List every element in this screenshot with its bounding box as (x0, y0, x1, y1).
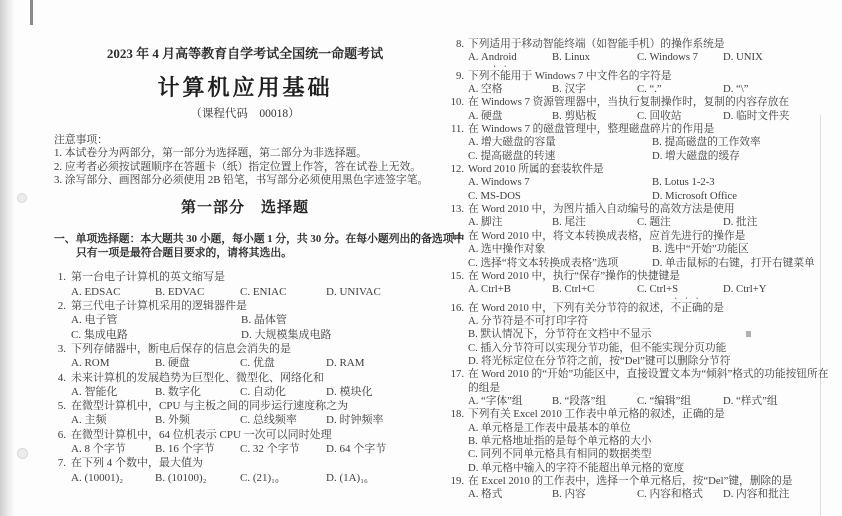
scan-edge-left (0, 0, 15, 516)
question-item: 6.在微型计算机中，64 位机表示 CPU 一次可以同时处理A. 8 个字节B.… (54, 428, 436, 457)
option-C: C. 内容和格式 (637, 488, 723, 501)
question-text: 第三代电子计算机采用的逻辑器件是 (71, 300, 247, 312)
option-A: A. 增大磁盘的容量 (468, 136, 652, 149)
question-text: 第一台电子计算机的英文缩写是 (71, 271, 225, 283)
option-D: D. 将光标定位在分节符之前，按“Del”键可以删除分节符 (468, 355, 836, 368)
section-one-intro: 一、单项选择题：本大题共 30 小题，每小题 1 分，共 30 分。在每小题列出… (54, 232, 436, 260)
questions-left: 1.第一台电子计算机的英文缩写是A. EDSACB. EDVACC. ENIAC… (54, 270, 436, 484)
question-number: 1. (54, 270, 66, 284)
question-options: A. (10001)₂B. (10100)₂C. (21)₁₀D. (1A)₁₆ (54, 471, 436, 485)
option-D: D. 内容和批注 (723, 488, 836, 501)
question-stem: 4.未来计算机的发展趋势为巨型化、微型化、网络化和 (54, 371, 436, 385)
option-D: D. 临时文件夹 (723, 110, 836, 123)
option-B: B. 选中“开始”功能区 (652, 243, 836, 256)
option-C: C. 选择“将文本转换成表格”选项 (468, 257, 652, 270)
option-B: B. Linux (552, 51, 637, 64)
option-D: D. 时钟频率 (326, 413, 436, 427)
question-stem: 9.下列不能用于 Windows 7 中文件名的字符是 (450, 65, 836, 83)
question-options: A. “字体”组B. “段落”组C. “编辑”组D. “样式”组 (450, 395, 836, 408)
question-options: A. 8 个字节B. 16 个字节C. 32 个字节D. 64 个字节 (54, 442, 436, 456)
question-options: A. 主频B. 外频C. 总线频率D. 时钟频率 (54, 413, 436, 427)
notice-list: 1. 本试卷分为两部分，第一部分为选择题，第二部分为非选择题。2. 应考者必须按… (54, 147, 436, 187)
question-number: 19. (450, 475, 464, 488)
option-C: C. 同列不同单元格具有相同的数据类型 (468, 448, 836, 461)
option-C: C. “.” (637, 83, 723, 96)
question-item: 17.在 Word 2010 的“开始”功能区中，直接设置文本为“倾斜”格式的功… (450, 368, 836, 408)
option-A: A. 8 个字节 (71, 442, 155, 456)
option-A: A. 智能化 (71, 385, 155, 399)
option-A: A. EDSAC (71, 285, 155, 299)
question-text: 在 Word 2010 中，下列有关分节符的叙述，不正确的是 (468, 302, 724, 314)
option-B: B. 汉字 (552, 83, 637, 96)
option-D: D. 模块化 (326, 385, 436, 399)
question-text: 在 Excel 2010 的工作表中，选择一个单元格后，按“Del”键，删除的是 (468, 475, 792, 487)
question-number: 15. (450, 270, 464, 283)
question-number: 4. (54, 371, 66, 385)
question-options: A. 增大磁盘的容量B. 提高磁盘的工作效率C. 提高磁盘的转速D. 增大磁盘的… (450, 136, 836, 163)
option-B: B. EDVAC (155, 285, 240, 299)
question-stem: 1.第一台电子计算机的英文缩写是 (54, 270, 436, 284)
question-options: A. 格式B. 内容C. 内容和格式D. 内容和批注 (450, 488, 836, 501)
emphasized-text: 不正确 (671, 302, 703, 314)
question-stem: 5.在微型计算机中，CPU 与主板之间的同步运行速度称之为 (54, 399, 436, 413)
question-text: 下列适用于移动智能终端（如智能手机）的操作系统是 (468, 38, 725, 50)
question-item: 4.未来计算机的发展趋势为巨型化、微型化、网络化和A. 智能化B. 数字化C. … (54, 371, 436, 400)
question-item: 2.第三代电子计算机采用的逻辑器件是A. 电子管B. 晶体管C. 集成电路D. … (54, 299, 436, 342)
question-text: 在 Word 2010 的“开始”功能区中，直接设置文本为“倾斜”格式的功能按钮… (468, 368, 828, 393)
option-C: C. ENIAC (240, 285, 326, 299)
question-options: A. EDSACB. EDVACC. ENIACD. UNIVAC (54, 285, 436, 299)
question-item: 3.下列存储器中，断电后保存的信息会消失的是A. ROMB. 硬盘C. 优盘D.… (54, 342, 436, 371)
question-options: A. ROMB. 硬盘C. 优盘D. RAM (54, 356, 436, 370)
question-stem: 7.在下列 4 个数中，最大值为 (54, 456, 436, 470)
question-item: 11.在 Windows 7 的磁盘管理中，整理磁盘碎片的作用是A. 增大磁盘的… (450, 123, 836, 163)
option-D: D. Microsoft Office (652, 190, 836, 203)
scan-smudge (17, 193, 27, 203)
question-number: 8. (450, 38, 464, 51)
question-options: A. 分节符是不可打印字符B. 默认情况下，分节符在文档中不显示C. 插入分节符… (450, 315, 836, 368)
question-options: A. 单元格是工作表中最基本的单位B. 单元格地址指的是每个单元格的大小C. 同… (450, 422, 836, 475)
option-C: C. “编辑”组 (637, 395, 723, 408)
question-options: A. 选中操作对象B. 选中“开始”功能区C. 选择“将文本转换成表格”选项D.… (450, 243, 836, 270)
question-item: 13.在 Word 2010 中，为图片插入自动编号的高效方法是使用A. 脚注B… (450, 203, 836, 230)
question-stem: 10.在 Windows 7 资源管理器中，当执行复制操作时，复制的内容存放在 (450, 96, 836, 109)
option-C: C. 插入分节符可以实现分节功能，但不能实现分页功能 (468, 342, 836, 355)
option-B: B. 内容 (552, 488, 637, 501)
option-B: B. Ctrl+C (552, 283, 637, 296)
question-number: 3. (54, 342, 66, 356)
notices-block: 注意事项： 1. 本试卷分为两部分，第一部分为选择题，第二部分为非选择题。2. … (54, 134, 436, 188)
option-D: D. RAM (326, 356, 436, 370)
option-D: D. “样式”组 (723, 395, 836, 408)
question-number: 17. (450, 368, 464, 381)
option-D: D. 64 个字节 (326, 442, 436, 456)
question-item: 14.在 Word 2010 中，将文本转换成表格，应首先进行的操作是A. 选中… (450, 230, 836, 270)
option-D: D. Ctrl+Y (723, 283, 836, 296)
question-item: 9.下列不能用于 Windows 7 中文件名的字符是A. 空格B. 汉字C. … (450, 65, 836, 97)
option-A: A. 单元格是工作表中最基本的单位 (468, 422, 836, 435)
option-A: A. (10001)₂ (71, 471, 155, 485)
question-item: 5.在微型计算机中，CPU 与主板之间的同步运行速度称之为A. 主频B. 外频C… (54, 399, 436, 428)
option-C: C. Ctrl+S (637, 283, 723, 296)
question-options: A. 智能化B. 数字化C. 自动化D. 模块化 (54, 385, 436, 399)
question-number: 18. (450, 408, 464, 421)
notices-heading: 注意事项： (54, 134, 436, 147)
question-number: 13. (450, 203, 464, 216)
option-B: B. 单元格地址指的是每个单元格的大小 (468, 435, 836, 448)
option-B: B. 外频 (155, 413, 240, 427)
question-options: A. 空格B. 汉字C. “.”D. “\” (450, 83, 836, 96)
option-A: A. Android (468, 51, 552, 64)
part-one-heading: 第一部分 选择题 (54, 198, 436, 218)
option-D: D. 批注 (723, 216, 836, 229)
option-C: C. 回收站 (637, 110, 723, 123)
question-item: 7.在下列 4 个数中，最大值为A. (10001)₂B. (10100)₂C.… (54, 456, 436, 485)
option-B: B. 尾注 (552, 216, 637, 229)
option-B: B. Lotus 1-2-3 (652, 176, 836, 189)
question-stem: 19.在 Excel 2010 的工作表中，选择一个单元格后，按“Del”键，删… (450, 475, 836, 488)
question-text: 在 Word 2010 中，将文本转换成表格，应首先进行的操作是 (468, 230, 745, 242)
question-options: A. 电子管B. 晶体管C. 集成电路D. 大规模集成电路 (54, 313, 436, 342)
exam-session-line: 2023 年 4 月高等教育自学考试全国统一命题考试 (54, 46, 436, 62)
question-item: 1.第一台电子计算机的英文缩写是A. EDSACB. EDVACC. ENIAC… (54, 270, 436, 299)
notice-item: 2. 应考者必须按试题顺序在答题卡（纸）指定位置上作答，答在试卷上无效。 (54, 161, 436, 174)
question-item: 16.在 Word 2010 中，下列有关分节符的叙述，不正确的是A. 分节符是… (450, 297, 836, 369)
question-stem: 3.下列存储器中，断电后保存的信息会消失的是 (54, 342, 436, 356)
question-item: 12.Word 2010 所属的套装软件是A. Windows 7B. Lotu… (450, 163, 836, 203)
question-number: 11. (450, 123, 464, 136)
option-B: B. 数字化 (155, 385, 240, 399)
option-B: B. 默认情况下，分节符在文档中不显示 (468, 328, 836, 341)
left-column: 2023 年 4 月高等教育自学考试全国统一命题考试 计算机应用基础 （课程代码… (54, 38, 436, 485)
option-D: D. UNIVAC (326, 285, 436, 299)
option-A: A. 空格 (468, 83, 552, 96)
option-B: B. “段落”组 (552, 395, 637, 408)
option-B: B. 剪贴板 (552, 110, 637, 123)
option-A: A. “字体”组 (468, 395, 552, 408)
option-B: B. 提高磁盘的工作效率 (652, 136, 836, 149)
exam-paper-page: 2023 年 4 月高等教育自学考试全国统一命题考试 计算机应用基础 （课程代码… (0, 0, 842, 516)
option-B: B. 晶体管 (241, 313, 436, 327)
question-text: 在微型计算机中，CPU 与主板之间的同步运行速度称之为 (71, 400, 348, 412)
option-C: C. 提高磁盘的转速 (468, 150, 652, 163)
option-A: A. 电子管 (71, 313, 241, 327)
option-A: A. Windows 7 (468, 176, 652, 189)
option-A: A. 脚注 (468, 216, 552, 229)
option-D: D. 单元格中输入的字符不能超出单元格的宽度 (468, 462, 836, 475)
question-text: 未来计算机的发展趋势为巨型化、微型化、网络化和 (71, 372, 324, 384)
right-column: 8.下列适用于移动智能终端（如智能手机）的操作系统是A. AndroidB. L… (450, 36, 836, 502)
questions-right: 8.下列适用于移动智能终端（如智能手机）的操作系统是A. AndroidB. L… (450, 38, 836, 502)
option-C: C. 总线频率 (240, 413, 326, 427)
question-text: Word 2010 所属的套装软件是 (468, 163, 604, 175)
question-number: 12. (450, 163, 464, 176)
option-C: C. 集成电路 (71, 328, 241, 342)
option-D: D. “\” (723, 83, 836, 96)
question-stem: 8.下列适用于移动智能终端（如智能手机）的操作系统是 (450, 38, 836, 51)
exam-title: 计算机应用基础 (54, 74, 436, 102)
question-item: 15.在 Word 2010 中，执行“保存”操作的快捷键是A. Ctrl+BB… (450, 270, 836, 297)
question-options: A. AndroidB. LinuxC. Windows 7D. UNIX (450, 51, 836, 64)
question-text: 在 Word 2010 中，执行“保存”操作的快捷键是 (468, 270, 680, 282)
intro-line1: 单项选择题：本大题共 30 小题，每小题 1 分，共 30 分。在每小题列出的备… (76, 233, 465, 245)
question-text: 下列存储器中，断电后保存的信息会消失的是 (71, 343, 291, 355)
option-A: A. 硬盘 (468, 110, 552, 123)
question-number: 6. (54, 428, 66, 442)
option-A: A. 选中操作对象 (468, 243, 652, 256)
question-stem: 2.第三代电子计算机采用的逻辑器件是 (54, 299, 436, 313)
question-stem: 13.在 Word 2010 中，为图片插入自动编号的高效方法是使用 (450, 203, 836, 216)
question-stem: 17.在 Word 2010 的“开始”功能区中，直接设置文本为“倾斜”格式的功… (450, 368, 836, 395)
emphasized-text: 不能 (489, 70, 510, 82)
option-A: A. 分节符是不可打印字符 (468, 315, 836, 328)
question-number: 7. (54, 456, 66, 470)
option-D: D. 单击鼠标的右键，打开右键菜单 (652, 257, 836, 270)
option-A: A. ROM (71, 356, 155, 370)
question-text: 在微型计算机中，64 位机表示 CPU 一次可以同时处理 (71, 429, 332, 441)
question-options: A. Windows 7B. Lotus 1-2-3C. MS-DOSD. Mi… (450, 176, 836, 203)
scan-smudge (17, 448, 28, 459)
question-number: 2. (54, 299, 66, 313)
notice-item: 3. 涂写部分、画图部分必须使用 2B 铅笔，书写部分必须使用黑色字迹签字笔。 (54, 174, 436, 187)
question-number: 10. (450, 96, 464, 109)
question-text: 下列有关 Excel 2010 工作表中单元格的叙述，正确的是 (468, 408, 725, 420)
option-A: A. Ctrl+B (468, 283, 552, 296)
course-code: （课程代码 00018） (54, 107, 436, 122)
option-C: C. (21)₁₀ (240, 471, 326, 485)
scan-artifact (30, 0, 33, 25)
option-D: D. (1A)₁₆ (326, 471, 436, 485)
intro-line2: 只有一项是最符合题目要求的，请将其选出。 (76, 246, 436, 260)
question-number: 5. (54, 399, 66, 413)
option-C: C. 自动化 (240, 385, 326, 399)
option-D: D. UNIX (723, 51, 836, 64)
question-number: 16. (450, 302, 464, 315)
question-text: 在 Windows 7 资源管理器中，当执行复制操作时，复制的内容存放在 (468, 96, 789, 108)
question-text: 在下列 4 个数中，最大值为 (71, 457, 203, 469)
intro-lead: 一、 (54, 233, 76, 245)
option-C: C. 题注 (637, 216, 723, 229)
question-item: 8.下列适用于移动智能终端（如智能手机）的操作系统是A. AndroidB. L… (450, 38, 836, 65)
question-stem: 11.在 Windows 7 的磁盘管理中，整理磁盘碎片的作用是 (450, 123, 836, 136)
question-stem: 16.在 Word 2010 中，下列有关分节符的叙述，不正确的是 (450, 297, 836, 315)
question-options: A. Ctrl+BB. Ctrl+CC. Ctrl+SD. Ctrl+Y (450, 283, 836, 296)
question-number: 9. (450, 70, 464, 83)
question-stem: 15.在 Word 2010 中，执行“保存”操作的快捷键是 (450, 270, 836, 283)
question-stem: 12.Word 2010 所属的套装软件是 (450, 163, 836, 176)
option-D: D. 大规模集成电路 (241, 328, 436, 342)
option-C: C. Windows 7 (637, 51, 723, 64)
question-text: 下列不能用于 Windows 7 中文件名的字符是 (468, 70, 672, 82)
question-text: 在 Windows 7 的磁盘管理中，整理磁盘碎片的作用是 (468, 123, 714, 135)
question-item: 10.在 Windows 7 资源管理器中，当执行复制操作时，复制的内容存放在A… (450, 96, 836, 123)
question-stem: 6.在微型计算机中，64 位机表示 CPU 一次可以同时处理 (54, 428, 436, 442)
option-A: A. 主频 (71, 413, 155, 427)
option-B: B. (10100)₂ (155, 471, 240, 485)
question-item: 19.在 Excel 2010 的工作表中，选择一个单元格后，按“Del”键，删… (450, 475, 836, 502)
option-D: D. 增大磁盘的缓存 (652, 150, 836, 163)
option-C: C. MS-DOS (468, 190, 652, 203)
option-A: A. 格式 (468, 488, 552, 501)
question-stem: 14.在 Word 2010 中，将文本转换成表格，应首先进行的操作是 (450, 230, 836, 243)
option-B: B. 硬盘 (155, 356, 240, 370)
question-item: 18.下列有关 Excel 2010 工作表中单元格的叙述，正确的是A. 单元格… (450, 408, 836, 475)
option-C: C. 32 个字节 (240, 442, 326, 456)
notice-item: 1. 本试卷分为两部分，第一部分为选择题，第二部分为非选择题。 (54, 147, 436, 160)
question-options: A. 硬盘B. 剪贴板C. 回收站D. 临时文件夹 (450, 110, 836, 123)
question-number: 14. (450, 230, 464, 243)
question-stem: 18.下列有关 Excel 2010 工作表中单元格的叙述，正确的是 (450, 408, 836, 421)
option-B: B. 16 个字节 (155, 442, 240, 456)
option-C: C. 优盘 (240, 356, 326, 370)
question-options: A. 脚注B. 尾注C. 题注D. 批注 (450, 216, 836, 229)
question-text: 在 Word 2010 中，为图片插入自动编号的高效方法是使用 (468, 203, 735, 215)
